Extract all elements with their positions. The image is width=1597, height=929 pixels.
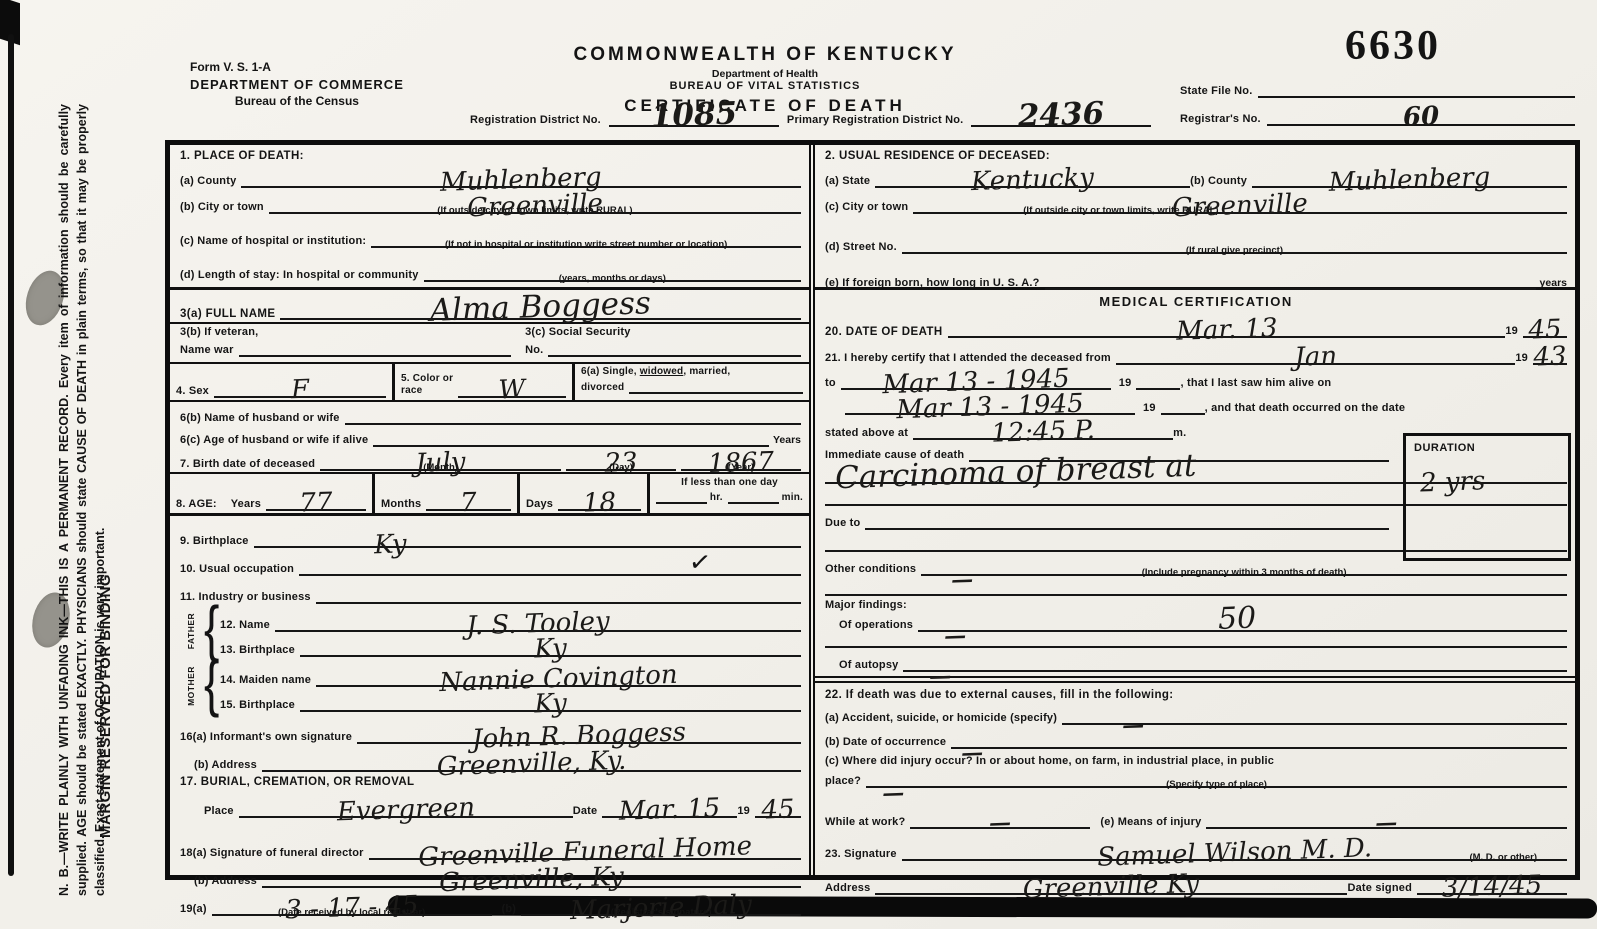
city-field: Greenville (If outside city or town limi… — [269, 202, 801, 214]
means-label: (e) Means of injury — [1100, 816, 1201, 829]
funeral-address-field: Greenville, Ky — [262, 876, 801, 888]
age-hr-label: hr. — [710, 492, 723, 504]
reg-district-field: 1085 — [609, 113, 779, 127]
margin-nb-note: N. B.—WRITE PLAINLY WITH UNFADING INK—TH… — [55, 104, 109, 896]
burial-place-field: Evergreen — [239, 806, 573, 818]
to-year-prefix: 19 — [1119, 377, 1132, 390]
birthdate-row: 7. Birth date of deceased July (Month) 2… — [180, 447, 801, 471]
father-group: FATHER { 12. Name J. S. Tooley 13. Birth… — [174, 606, 801, 658]
funeral-address-row: (b) Address Greenville, Ky — [180, 860, 801, 888]
registrar-no-value: 60 — [1266, 99, 1575, 136]
external-heading: 22. If death was due to external causes,… — [825, 689, 1567, 701]
ssn-label: 3(c) Social Security — [525, 326, 801, 339]
birthplace-field: Ky — [254, 536, 801, 548]
race-label2: race — [401, 385, 453, 397]
industry-field — [316, 592, 801, 604]
medical-certification-header: MEDICAL CERTIFICATION — [815, 290, 1575, 310]
last-seen-label: , that I last saw him alive on — [1180, 377, 1331, 390]
race-value: W — [458, 375, 567, 405]
age-days-cell: Days 18 — [520, 474, 650, 513]
residence-heading: 2. USUAL RESIDENCE OF DECEASED: — [825, 150, 1567, 162]
sex-cell: 4. Sex F — [170, 364, 395, 400]
form-number: Form V. S. 1-A — [190, 60, 404, 74]
section-sex-race-marital: 4. Sex F 5. Color or race W 6(a) Single,… — [170, 364, 809, 402]
father-name-row: 12. Name J. S. Tooley — [220, 606, 801, 632]
age-cells: 8. AGE: Years 77 Months 7 Days 18 If les… — [170, 474, 809, 513]
spouse-age-field — [373, 435, 769, 447]
county-row: (a) County Muhlenberg — [180, 164, 801, 188]
birthdate-label: 7. Birth date of deceased — [180, 458, 315, 471]
state-file-label: State File No. — [1180, 85, 1252, 98]
bureau-census: Bureau of the Census — [190, 94, 404, 108]
physician-address-field: Greenville Ky — [875, 883, 1347, 895]
father-birthplace-field: Ky — [300, 645, 801, 657]
mother-birthplace-field: Ky — [300, 700, 801, 712]
full-name-field: Alma Boggess — [280, 308, 801, 320]
burial-date-field: Mar. 15 — [602, 806, 737, 818]
birth-day-field: 23 (Day) — [566, 459, 676, 471]
mother-birthplace-label: 15. Birthplace — [220, 699, 295, 712]
section-veteran-ssn: 3(b) If veteran, Name war 3(c) Social Se… — [170, 324, 809, 364]
operations-line-2 — [825, 632, 1567, 648]
physician-signature-field: Samuel Wilson M. D. (M. D. or other) — [902, 849, 1567, 861]
birth-year-caption: (Year) — [681, 462, 801, 473]
age-years-label: Years — [231, 498, 261, 511]
date-signed-field: 3/14/45 — [1417, 883, 1567, 895]
birth-month-field: July (Month) — [320, 459, 561, 471]
dept-commerce: DEPARTMENT OF COMMERCE — [190, 77, 404, 92]
residence-city-caption: (If outside city or town limits, write R… — [913, 205, 1567, 216]
sex-label: 4. Sex — [176, 385, 209, 398]
registrar-no-label: Registrar's No. — [1180, 113, 1261, 126]
certificate-body: 1. PLACE OF DEATH: (a) County Muhlenberg… — [165, 140, 1580, 880]
physician-address-label: Address — [825, 882, 870, 895]
father-name-label: 12. Name — [220, 619, 270, 632]
age-months-value: 7 — [426, 489, 512, 518]
registrar-received-label: 19(a) — [180, 903, 207, 916]
state-file-field — [1258, 84, 1575, 98]
funeral-address-label: (b) Address — [194, 875, 257, 888]
mother-name-label: 14. Maiden name — [220, 674, 311, 687]
section-major-findings: Major findings: Of operations — 50 Of au… — [815, 584, 1575, 676]
where-row: place? — (Specify type of place) — [825, 768, 1567, 788]
age-days-field: 18 — [558, 499, 641, 511]
attended-from-field: Jan — [1116, 353, 1515, 365]
reg-district-value: 1085 — [608, 97, 779, 134]
spouse-age-row: 6(c) Age of husband or wife if alive Yea… — [180, 425, 801, 447]
section-physician-address: Address Greenville Ky Date signed 3/14/4… — [815, 865, 1575, 899]
occurred-label: , and that death occurred on the date — [1205, 402, 1406, 415]
hospital-label: (c) Name of hospital or institution: — [180, 235, 366, 248]
marital-label: 6(a) Single, widowed, married, — [581, 366, 803, 378]
scan-background: MARGIN RESERVED FOR BINDING N. B.—WRITE … — [0, 0, 1597, 929]
occupation-field: ✓ — [299, 564, 801, 576]
section-external-causes: 22. If death was due to external causes,… — [815, 683, 1575, 805]
registrar-sig-label: (b) — [502, 903, 517, 916]
age-hr-field — [656, 492, 707, 504]
autopsy-row: Of autopsy — — [825, 648, 1567, 672]
birth-day-caption: (Day) — [566, 462, 676, 473]
informant-signature-field: John R. Boggess — [357, 732, 801, 744]
scan-edge-line — [8, 34, 14, 876]
veteran-war-label: Name war — [180, 344, 234, 357]
section-physician-signature: 23. Signature Samuel Wilson M. D. (M. D.… — [815, 831, 1575, 865]
marital-cell: 6(a) Single, widowed, married, divorced — [575, 364, 809, 400]
operations-row: Of operations — 50 — [825, 612, 1567, 632]
residence-foreign-label: (e) If foreign born, how long in U. S. A… — [825, 277, 1040, 290]
section-certify: 21. I hereby certify that I attended the… — [815, 338, 1575, 438]
residence-street-row: (d) Street No. (If rural give precinct) — [825, 224, 1567, 254]
informant-signature-row: 16(a) Informant's own signature John R. … — [180, 714, 801, 744]
section-place-of-death: 1. PLACE OF DEATH: (a) County Muhlenberg… — [170, 145, 809, 290]
residence-street-field: (If rural give precinct) — [902, 242, 1567, 254]
age-less-cell: If less than one day hr. min. — [650, 474, 809, 513]
certify-row-1: 21. I hereby certify that I attended the… — [825, 340, 1567, 365]
section-occupation: 9. Birthplace Ky 10. Usual occupation ✓ … — [170, 516, 809, 604]
mother-birthplace-row: 15. Birthplace Ky — [220, 687, 801, 712]
medical-certification-title: MEDICAL CERTIFICATION — [825, 294, 1567, 309]
certify-row-3: Mar 13 - 1945 19 , and that death occurr… — [825, 390, 1567, 415]
age-months-cell: Months 7 — [375, 474, 520, 513]
date-of-death-row: 20. DATE OF DEATH Mar. 13 19 45 — [825, 312, 1567, 338]
burial-place-label: Place — [204, 805, 234, 818]
ssn-block: 3(c) Social Security No. — [511, 326, 801, 362]
burial-place-row: Place Evergreen Date Mar. 15 19 45 — [180, 788, 801, 818]
race-field: W — [458, 386, 566, 398]
section-spouse-birthdate: 6(b) Name of husband or wife 6(c) Age of… — [170, 402, 809, 474]
section-registrar: 19(a) 3 - 17 - 45 (Date received by loca… — [170, 888, 809, 928]
form-identification: Form V. S. 1-A DEPARTMENT OF COMMERCE Bu… — [190, 60, 404, 108]
date-of-death-field: Mar. 13 — [948, 326, 1506, 338]
spouse-label: 6(b) Name of husband or wife — [180, 412, 340, 425]
findings-top-line — [825, 586, 1567, 596]
section-date-of-death: 20. DATE OF DEATH Mar. 13 19 45 — [815, 310, 1575, 338]
residence-state-label: (a) State — [825, 175, 870, 188]
physician-signature-label: 23. Signature — [825, 848, 897, 861]
veteran-label: 3(b) If veteran, — [180, 326, 511, 339]
bureau-vital-statistics: BUREAU OF VITAL STATISTICS — [470, 80, 1060, 92]
marital-field — [629, 382, 803, 394]
industry-label: 11. Industry or business — [180, 591, 311, 604]
marital-label-pre: 6(a) Single, — [581, 366, 640, 377]
primary-district-value: 2436 — [971, 97, 1152, 134]
hospital-row: (c) Name of hospital or institution: (If… — [180, 222, 801, 248]
registrar-received-field: 3 - 17 - 45 (Date received by local regi… — [212, 904, 492, 916]
commonwealth-title: COMMONWEALTH OF KENTUCKY — [470, 44, 1060, 66]
physician-signature-row: 23. Signature Samuel Wilson M. D. (M. D.… — [825, 833, 1567, 861]
race-cell: 5. Color or race W — [395, 364, 575, 400]
marital-divorced-row: divorced — [581, 378, 803, 394]
age-days-label: Days — [526, 498, 553, 511]
from-year-prefix: 19 — [1515, 352, 1528, 365]
burial-date-label: Date — [573, 805, 598, 818]
registrar-no-field: 60 — [1267, 112, 1575, 126]
full-name-label: 3(a) FULL NAME — [180, 308, 275, 320]
left-column: 1. PLACE OF DEATH: (a) County Muhlenberg… — [170, 145, 815, 875]
operations-field: — 50 — [918, 620, 1567, 632]
length-of-stay-caption: (years, months or days) — [424, 273, 801, 284]
age-less-label: If less than one day — [656, 477, 803, 489]
informant-address-row: (b) Address Greenville, Ky. — [180, 744, 801, 772]
city-label: (b) City or town — [180, 201, 264, 214]
funeral-signature-field: Greenville Funeral Home — [369, 848, 801, 860]
mother-side: MOTHER — [174, 661, 204, 713]
ssn-no-label: No. — [525, 344, 543, 357]
city-caption: (If outside city or town limits, write R… — [269, 205, 801, 216]
registrar-no-row: Registrar's No. 60 — [1180, 112, 1575, 126]
full-name-row: 3(a) FULL NAME Alma Boggess — [180, 292, 801, 320]
primary-district-field: 2436 — [971, 113, 1151, 127]
residence-foreign-suffix: years — [1540, 277, 1567, 290]
physician-address-row: Address Greenville Ky Date signed 3/14/4… — [825, 867, 1567, 895]
physician-signature-caption: (M. D. or other) — [902, 852, 1567, 863]
sex-race-marital-cells: 4. Sex F 5. Color or race W 6(a) Single,… — [170, 364, 809, 400]
length-of-stay-row: (d) Length of stay: In hospital or commu… — [180, 254, 801, 282]
burial-date-value: Mar. 15 — [602, 795, 738, 826]
duration-box: DURATION 2 yrs — [1403, 433, 1571, 561]
residence-street-caption: (If rural give precinct) — [902, 245, 1567, 256]
section-while-at-work: While at work? — (e) Means of injury — — [815, 805, 1575, 831]
occurrence-row: (b) Date of occurrence — — [825, 725, 1567, 749]
informant-signature-label: 16(a) Informant's own signature — [180, 731, 352, 744]
occurrence-label: (b) Date of occurrence — [825, 736, 946, 749]
father-side: FATHER — [174, 606, 204, 658]
date-signed-value: 3/14/45 — [1417, 871, 1568, 902]
registrar-row: 19(a) 3 - 17 - 45 (Date received by loca… — [180, 890, 801, 916]
mother-side-label: MOTHER — [186, 663, 196, 709]
due-to-label: Due to — [825, 517, 860, 530]
burial-heading: 17. BURIAL, CREMATION, OR REMOVAL — [180, 776, 801, 788]
to-year-field — [1136, 378, 1180, 390]
registrar-sig-field: Marjorie Daly (Registrar's signature) — [521, 904, 801, 916]
due-to-field — [865, 518, 1389, 530]
section-age: 8. AGE: Years 77 Months 7 Days 18 If les… — [170, 474, 809, 516]
where-label2: place? — [825, 775, 861, 788]
residence-state-field: Kentucky — [875, 176, 1190, 188]
section-informant: 16(a) Informant's own signature John R. … — [170, 712, 809, 774]
work-label: While at work? — [825, 816, 905, 829]
date-of-death-label: 20. DATE OF DEATH — [825, 326, 943, 338]
work-row: While at work? — (e) Means of injury — — [825, 807, 1567, 829]
operations-label: Of operations — [839, 619, 913, 632]
dept-health: Department of Health — [470, 68, 1060, 80]
last-seen-field: Mar 13 - 1945 — [845, 403, 1135, 415]
section-full-name: 3(a) FULL NAME Alma Boggess — [170, 290, 809, 324]
spouse-age-suffix: Years — [773, 434, 801, 447]
right-column: DURATION 2 yrs 2. USUAL RESIDENCE OF DEC… — [815, 145, 1575, 875]
age-days-value: 18 — [558, 489, 642, 518]
age-months-label: Months — [381, 498, 421, 511]
birth-month-caption: (Month) — [320, 462, 561, 473]
informant-address-field: Greenville, Ky. — [262, 760, 801, 772]
residence-city-label: (c) City or town — [825, 201, 908, 214]
residence-county-label: (b) County — [1190, 175, 1247, 188]
registrar-sig-caption: (Registrar's signature) — [521, 907, 801, 918]
reg-district-label: Registration District No. — [470, 114, 601, 127]
ssn-no-row: No. — [525, 339, 801, 357]
residence-foreign-field — [1045, 278, 1536, 290]
ssn-field — [548, 345, 801, 357]
other-conditions-field: — (Include pregnancy within 3 months of … — [921, 564, 1567, 576]
hospital-caption: (If not in hospital or institution write… — [371, 239, 801, 250]
veteran-war-row: Name war — [180, 339, 511, 357]
autopsy-label: Of autopsy — [839, 659, 898, 672]
section-parents: FATHER { 12. Name J. S. Tooley 13. Birth… — [170, 604, 809, 712]
date-signed-label: Date signed — [1347, 882, 1412, 895]
veteran-war-field — [239, 345, 512, 357]
father-fields: 12. Name J. S. Tooley 13. Birthplace Ky — [220, 606, 801, 658]
race-label: 5. Color or — [401, 373, 453, 385]
father-side-label: FATHER — [186, 608, 196, 654]
scanned-death-certificate: { "margin": { "binding_note": "MARGIN RE… — [0, 0, 1597, 929]
industry-row: 11. Industry or business — [180, 576, 801, 604]
means-field: — — [1206, 817, 1567, 829]
age-hr-min-row: hr. min. — [656, 489, 803, 504]
residence-city-field: Greenville (If outside city or town limi… — [913, 202, 1567, 214]
duration-label: DURATION — [1414, 442, 1560, 454]
spouse-age-label: 6(c) Age of husband or wife if alive — [180, 434, 368, 447]
section-burial: 17. BURIAL, CREMATION, OR REMOVAL Place … — [170, 774, 809, 830]
last-seen-year-field — [1161, 403, 1205, 415]
section-residence: 2. USUAL RESIDENCE OF DECEASED: (a) Stat… — [815, 145, 1575, 290]
from-year-field: 43 — [1533, 353, 1567, 365]
residence-city-row: (c) City or town Greenville (If outside … — [825, 188, 1567, 214]
residence-foreign-row: (e) If foreign born, how long in U. S. A… — [825, 260, 1567, 290]
occurrence-field: — — [951, 737, 1567, 749]
date-of-death-year-field: 45 — [1523, 326, 1567, 338]
spouse-row: 6(b) Name of husband or wife — [180, 404, 801, 425]
autopsy-field: — — [903, 660, 1567, 672]
certify-row-2: to Mar 13 - 1945 19 , that I last saw hi… — [825, 365, 1567, 390]
other-conditions-caption: (Include pregnancy within 3 months of de… — [921, 567, 1567, 578]
accident-label: (a) Accident, suicide, or homicide (spec… — [825, 712, 1057, 725]
hospital-field: (If not in hospital or institution write… — [371, 236, 801, 248]
age-years-cell: 8. AGE: Years 77 — [170, 474, 375, 513]
date-of-death-year-prefix: 19 — [1505, 325, 1518, 338]
funeral-signature-row: 18(a) Signature of funeral director Gree… — [180, 832, 801, 860]
where-field: — (Specify type of place) — [866, 776, 1567, 788]
burial-place-value: Evergreen — [238, 791, 573, 829]
birth-year-field: 1867 (Year) — [681, 459, 801, 471]
length-of-stay-label: (d) Length of stay: In hospital or commu… — [180, 269, 419, 282]
where-caption: (Specify type of place) — [866, 779, 1567, 790]
burial-year-prefix: 19 — [737, 805, 750, 818]
city-row: (b) City or town Greenville (If outside … — [180, 188, 801, 214]
registrar-received-caption: (Date received by local registrar) — [212, 907, 492, 918]
marital-label2: divorced — [581, 382, 624, 394]
state-file-row: State File No. — [1180, 84, 1575, 98]
age-min-label: min. — [782, 492, 803, 504]
occupation-row: 10. Usual occupation ✓ — [180, 548, 801, 576]
father-birthplace-label: 13. Birthplace — [220, 644, 295, 657]
state-file-number-stamp: 6630 — [1345, 22, 1441, 70]
spouse-field — [345, 413, 801, 425]
section-funeral-director: 18(a) Signature of funeral director Gree… — [170, 830, 809, 888]
burial-year-value: 45 — [755, 796, 802, 824]
work-field: — — [910, 817, 1090, 829]
county-label: (a) County — [180, 175, 236, 188]
residence-street-label: (d) Street No. — [825, 241, 897, 254]
age-months-field: 7 — [426, 499, 511, 511]
length-of-stay-field: (years, months or days) — [424, 270, 801, 282]
birthplace-label: 9. Birthplace — [180, 535, 249, 548]
residence-state-row: (a) State Kentucky (b) County Muhlenberg — [825, 164, 1567, 188]
registration-district-line: Registration District No. 1085 Primary R… — [470, 113, 1260, 127]
age-years-field: 77 — [266, 499, 366, 511]
last-seen-year-prefix: 19 — [1143, 402, 1156, 415]
mother-name-row: 14. Maiden name Nannie Covington — [220, 661, 801, 687]
duration-value: 2 yrs — [1420, 466, 1561, 497]
birthplace-row: 9. Birthplace Ky — [180, 518, 801, 548]
veteran-block: 3(b) If veteran, Name war — [180, 326, 511, 362]
sex-field: F — [214, 386, 386, 398]
funeral-signature-label: 18(a) Signature of funeral director — [180, 847, 364, 860]
primary-district-label: Primary Registration District No. — [787, 114, 964, 127]
informant-address-label: (b) Address — [194, 759, 257, 772]
accident-row: (a) Accident, suicide, or homicide (spec… — [825, 701, 1567, 725]
age-label: 8. AGE: — [176, 498, 217, 511]
father-birthplace-row: 13. Birthplace Ky — [220, 632, 801, 657]
mother-fields: 14. Maiden name Nannie Covington 15. Bir… — [220, 661, 801, 713]
marital-label-post: , married, — [683, 366, 730, 377]
burial-year-field: 45 — [755, 806, 801, 818]
occupation-checkmark: ✓ — [687, 547, 713, 580]
age-years-value: 77 — [266, 488, 367, 517]
marital-widowed: widowed — [640, 366, 684, 377]
other-conditions-label: Other conditions — [825, 563, 916, 576]
age-hrline-field — [728, 492, 779, 504]
occupation-label: 10. Usual occupation — [180, 563, 294, 576]
mother-group: MOTHER { 14. Maiden name Nannie Covingto… — [174, 661, 801, 713]
to-label: to — [825, 377, 836, 390]
